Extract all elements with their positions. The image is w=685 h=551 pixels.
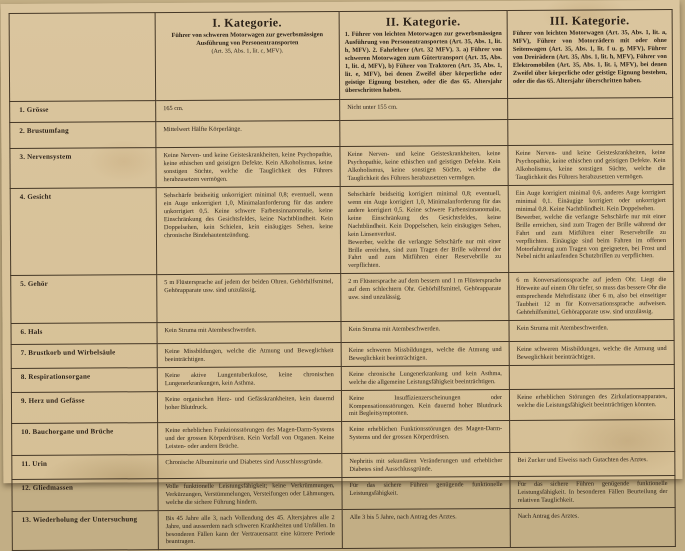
table-cell: Keine chronische Lungenerkrankung und ke…	[341, 365, 509, 390]
table-cell: Sehschärfe beidseitig unkorrigiert minim…	[156, 187, 341, 275]
table-row-herz: 9. Herz und Gefässe Keine organischen He…	[11, 388, 674, 424]
table-cell: Keine organischen Herz- und Gefässkrankh…	[157, 390, 341, 423]
table-cell	[510, 420, 675, 453]
row-label: 12. Gliedmassen	[12, 479, 158, 485]
table-cell: Keine Nerven- und keine Geisteskrankheit…	[340, 146, 508, 187]
kategorie-2-subtitle: 1. Führer von leichten Motorwagen zur ge…	[345, 30, 502, 95]
table-cell: Ein Auge korrigiert minimal 0,6, anderes…	[508, 185, 674, 273]
table-row-gesicht: 4. Gesicht Sehschärfe beidseitig unkorri…	[10, 185, 674, 276]
table-cell: 5 m Flüstersprache auf jedem der beiden …	[157, 274, 341, 323]
row-label: 9. Herz und Gefässe	[11, 391, 157, 424]
row-label: 5. Gehör	[11, 275, 157, 324]
table-cell: Sehschärfe beidseitig korrigiert minimal…	[340, 186, 509, 274]
row-label: 2. Brustumfang	[10, 122, 156, 149]
table-cell: Keine erheblichen Störungen des Zirkulat…	[509, 388, 674, 421]
header-row: I. Kategorie. Führer von schweren Motorw…	[9, 9, 673, 101]
row-label: 6. Hals	[11, 323, 157, 345]
table-cell: Keine schweren Missbildungen, welche die…	[509, 340, 674, 365]
scanned-paper-sheet: I. Kategorie. Führer von schweren Motorw…	[1, 0, 683, 483]
table-cell	[508, 119, 673, 146]
table-row-nervensystem: 3. Nervensystem Keine Nerven- und keine …	[10, 145, 673, 189]
table-cell	[508, 98, 673, 120]
table-cell: Für das sichere Führen genügende funktio…	[510, 475, 675, 485]
table-cell	[509, 364, 674, 389]
table-row-bauchorgane: 10. Bauchorgane und Brüche Keine erhebli…	[12, 420, 675, 456]
table-cell: 165 cm.	[156, 100, 340, 122]
row-label: 1. Grösse	[10, 101, 156, 123]
table-cell: Bei Zucker und Eiweiss nach Gutachten de…	[510, 452, 675, 477]
table-row-gehoer: 5. Gehör 5 m Flüstersprache auf jedem de…	[11, 272, 674, 324]
row-label: 10. Bauchorgane und Brüche	[12, 423, 158, 456]
table-cell: Kein Struma mit Atembeschwerden.	[157, 321, 341, 343]
table-cell: Keine Nerven- und keine Geisteskrankheit…	[508, 145, 673, 186]
row-label: 11. Urin	[12, 455, 158, 480]
table-cell: Chronische Albuminurie und Diabetes sind…	[158, 454, 342, 479]
table-cell: Mittelwert Hälfte Körperlänge.	[156, 121, 340, 148]
kategorie-1-ref: (Art. 35, Abs. 1, lit. c, MFV).	[161, 48, 334, 55]
table-cell: Kein Struma mit Atembeschwerden.	[341, 320, 509, 342]
row-label: 4. Gesicht	[10, 188, 157, 276]
table-cell: Keine erheblichen Funktionsstörungen des…	[342, 421, 510, 454]
table-cell: Keine schweren Missbildungen, welche die…	[341, 341, 509, 366]
table-cell: Keine erheblichen Funktionsstörungen des…	[158, 422, 342, 455]
table-cell: 2 m Flüstersprache auf dem bessern und 1…	[341, 273, 509, 322]
medical-requirements-table: I. Kategorie. Führer von schweren Motorw…	[9, 9, 676, 485]
table-cell: Keine Insuffizienzerscheinungen oder Kom…	[341, 389, 509, 422]
kategorie-3-subtitle: Führer von leichten Motorwagen (Art. 35,…	[513, 29, 667, 86]
row-label: 8. Respirationsorgane	[11, 367, 157, 392]
kategorie-3-title: III. Kategorie.	[513, 13, 667, 29]
header-kategorie-3: III. Kategorie. Führer von leichten Moto…	[507, 9, 673, 98]
table-row-brustumfang: 2. Brustumfang Mittelwert Hälfte Körperl…	[10, 119, 673, 149]
kategorie-1-title: I. Kategorie.	[161, 15, 334, 31]
table-cell: Nicht unter 155 cm.	[340, 99, 508, 121]
header-empty-cell	[9, 13, 156, 102]
table-cell: Keine Missbildungen, welche die Atmung u…	[157, 342, 341, 367]
table-cell	[340, 120, 508, 147]
table-cell: Für das sichere Führen genügende funktio…	[342, 476, 510, 485]
table-cell: Nephritis mit sekundären Veränderungen u…	[342, 453, 510, 478]
table-cell: 6 m Konversationssprache auf jedem Ohr. …	[509, 272, 674, 321]
table-cell: Kein Struma mit Atembeschwerden.	[509, 319, 674, 341]
table-cell: Keine Nerven- und keine Geisteskrankheit…	[156, 147, 340, 188]
header-kategorie-2: II. Kategorie. 1. Führer von leichten Mo…	[339, 10, 508, 99]
row-label: 3. Nervensystem	[10, 148, 156, 189]
kategorie-1-subtitle: Führer von schweren Motorwagen zur gewer…	[161, 31, 334, 48]
kategorie-2-title: II. Kategorie.	[345, 14, 502, 30]
header-kategorie-1: I. Kategorie. Führer von schweren Motorw…	[155, 12, 340, 101]
table-cell: Keine aktive Lungentuberkulose, keine ch…	[157, 366, 341, 391]
table-cell: Volle funktionelle Leistungsfähigkeit; k…	[158, 477, 342, 485]
row-label: 7. Brustkorb und Wirbelsäule	[11, 344, 157, 369]
